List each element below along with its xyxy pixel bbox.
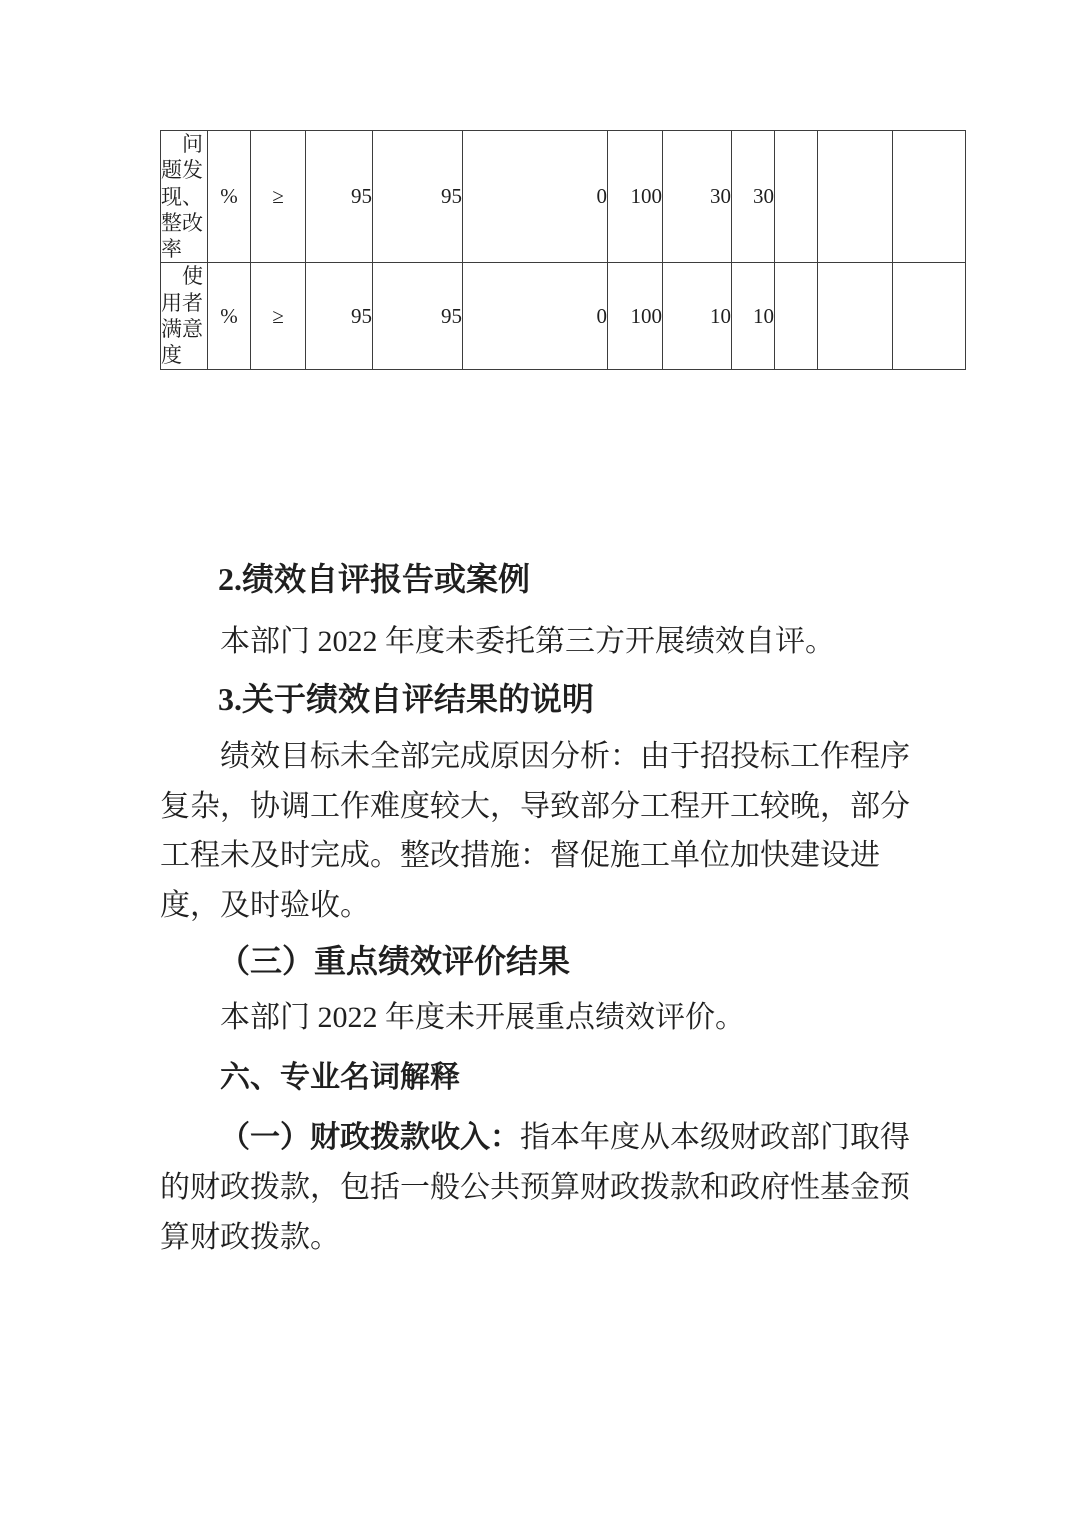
value-cell: 10 [663, 263, 732, 369]
value-cell: 10 [732, 263, 775, 369]
heading-glossary: 六、专业名词解释 [160, 1060, 960, 1096]
value-cell: 95 [306, 263, 373, 369]
empty-cell [818, 131, 893, 263]
paragraph-self-eval-note: 绩效目标未全部完成原因分析：由于招投标工作程序 复杂，协调工作难度较大，导致部分… [160, 732, 960, 930]
heading-self-eval-report: 2.绩效自评报告或案例 [160, 560, 960, 598]
value-cell: 95 [306, 131, 373, 263]
heading-key-eval-result: （三）重点绩效评价结果 [160, 942, 960, 980]
value-cell: 95 [373, 263, 463, 369]
table-row: 使 用者 满意 度 % ≥ 95 95 0 100 10 10 [161, 263, 966, 369]
performance-indicator-table: 问 题发 现、 整改 率 % ≥ 95 95 0 100 30 30 使 用者 … [160, 130, 966, 370]
paragraph-self-eval-report: 本部门 2022 年度未委托第三方开展绩效自评。 [160, 624, 960, 660]
document-page: 问 题发 现、 整改 率 % ≥ 95 95 0 100 30 30 使 用者 … [0, 0, 1075, 1521]
operator-cell: ≥ [251, 131, 306, 263]
empty-cell [775, 263, 818, 369]
table-row: 问 题发 现、 整改 率 % ≥ 95 95 0 100 30 30 [161, 131, 966, 263]
operator-cell: ≥ [251, 263, 306, 369]
value-cell: 0 [463, 263, 608, 369]
glossary-definition-start: 指本年度从本级财政部门取得 [520, 1121, 910, 1154]
value-cell: 95 [373, 131, 463, 263]
empty-cell [818, 263, 893, 369]
empty-cell [775, 131, 818, 263]
glossary-line-3: 算财政拨款。 [160, 1220, 960, 1256]
value-cell: 100 [608, 131, 663, 263]
glossary-term: （一）财政拨款收入： [220, 1121, 520, 1154]
value-cell: 30 [663, 131, 732, 263]
value-cell: 0 [463, 131, 608, 263]
indicator-cell: 问 题发 现、 整改 率 [161, 131, 208, 263]
empty-cell [893, 263, 966, 369]
value-cell: 100 [608, 263, 663, 369]
glossary-line-1: （一）财政拨款收入：指本年度从本级财政部门取得 [160, 1120, 960, 1156]
value-cell: 30 [732, 131, 775, 263]
paragraph-key-eval-result: 本部门 2022 年度未开展重点绩效评价。 [160, 1000, 960, 1036]
glossary-line-2: 的财政拨款，包括一般公共预算财政拨款和政府性基金预 [160, 1170, 960, 1206]
indicator-cell: 使 用者 满意 度 [161, 263, 208, 369]
empty-cell [893, 131, 966, 263]
unit-cell: % [208, 131, 251, 263]
heading-self-eval-note: 3.关于绩效自评结果的说明 [160, 680, 960, 718]
unit-cell: % [208, 263, 251, 369]
